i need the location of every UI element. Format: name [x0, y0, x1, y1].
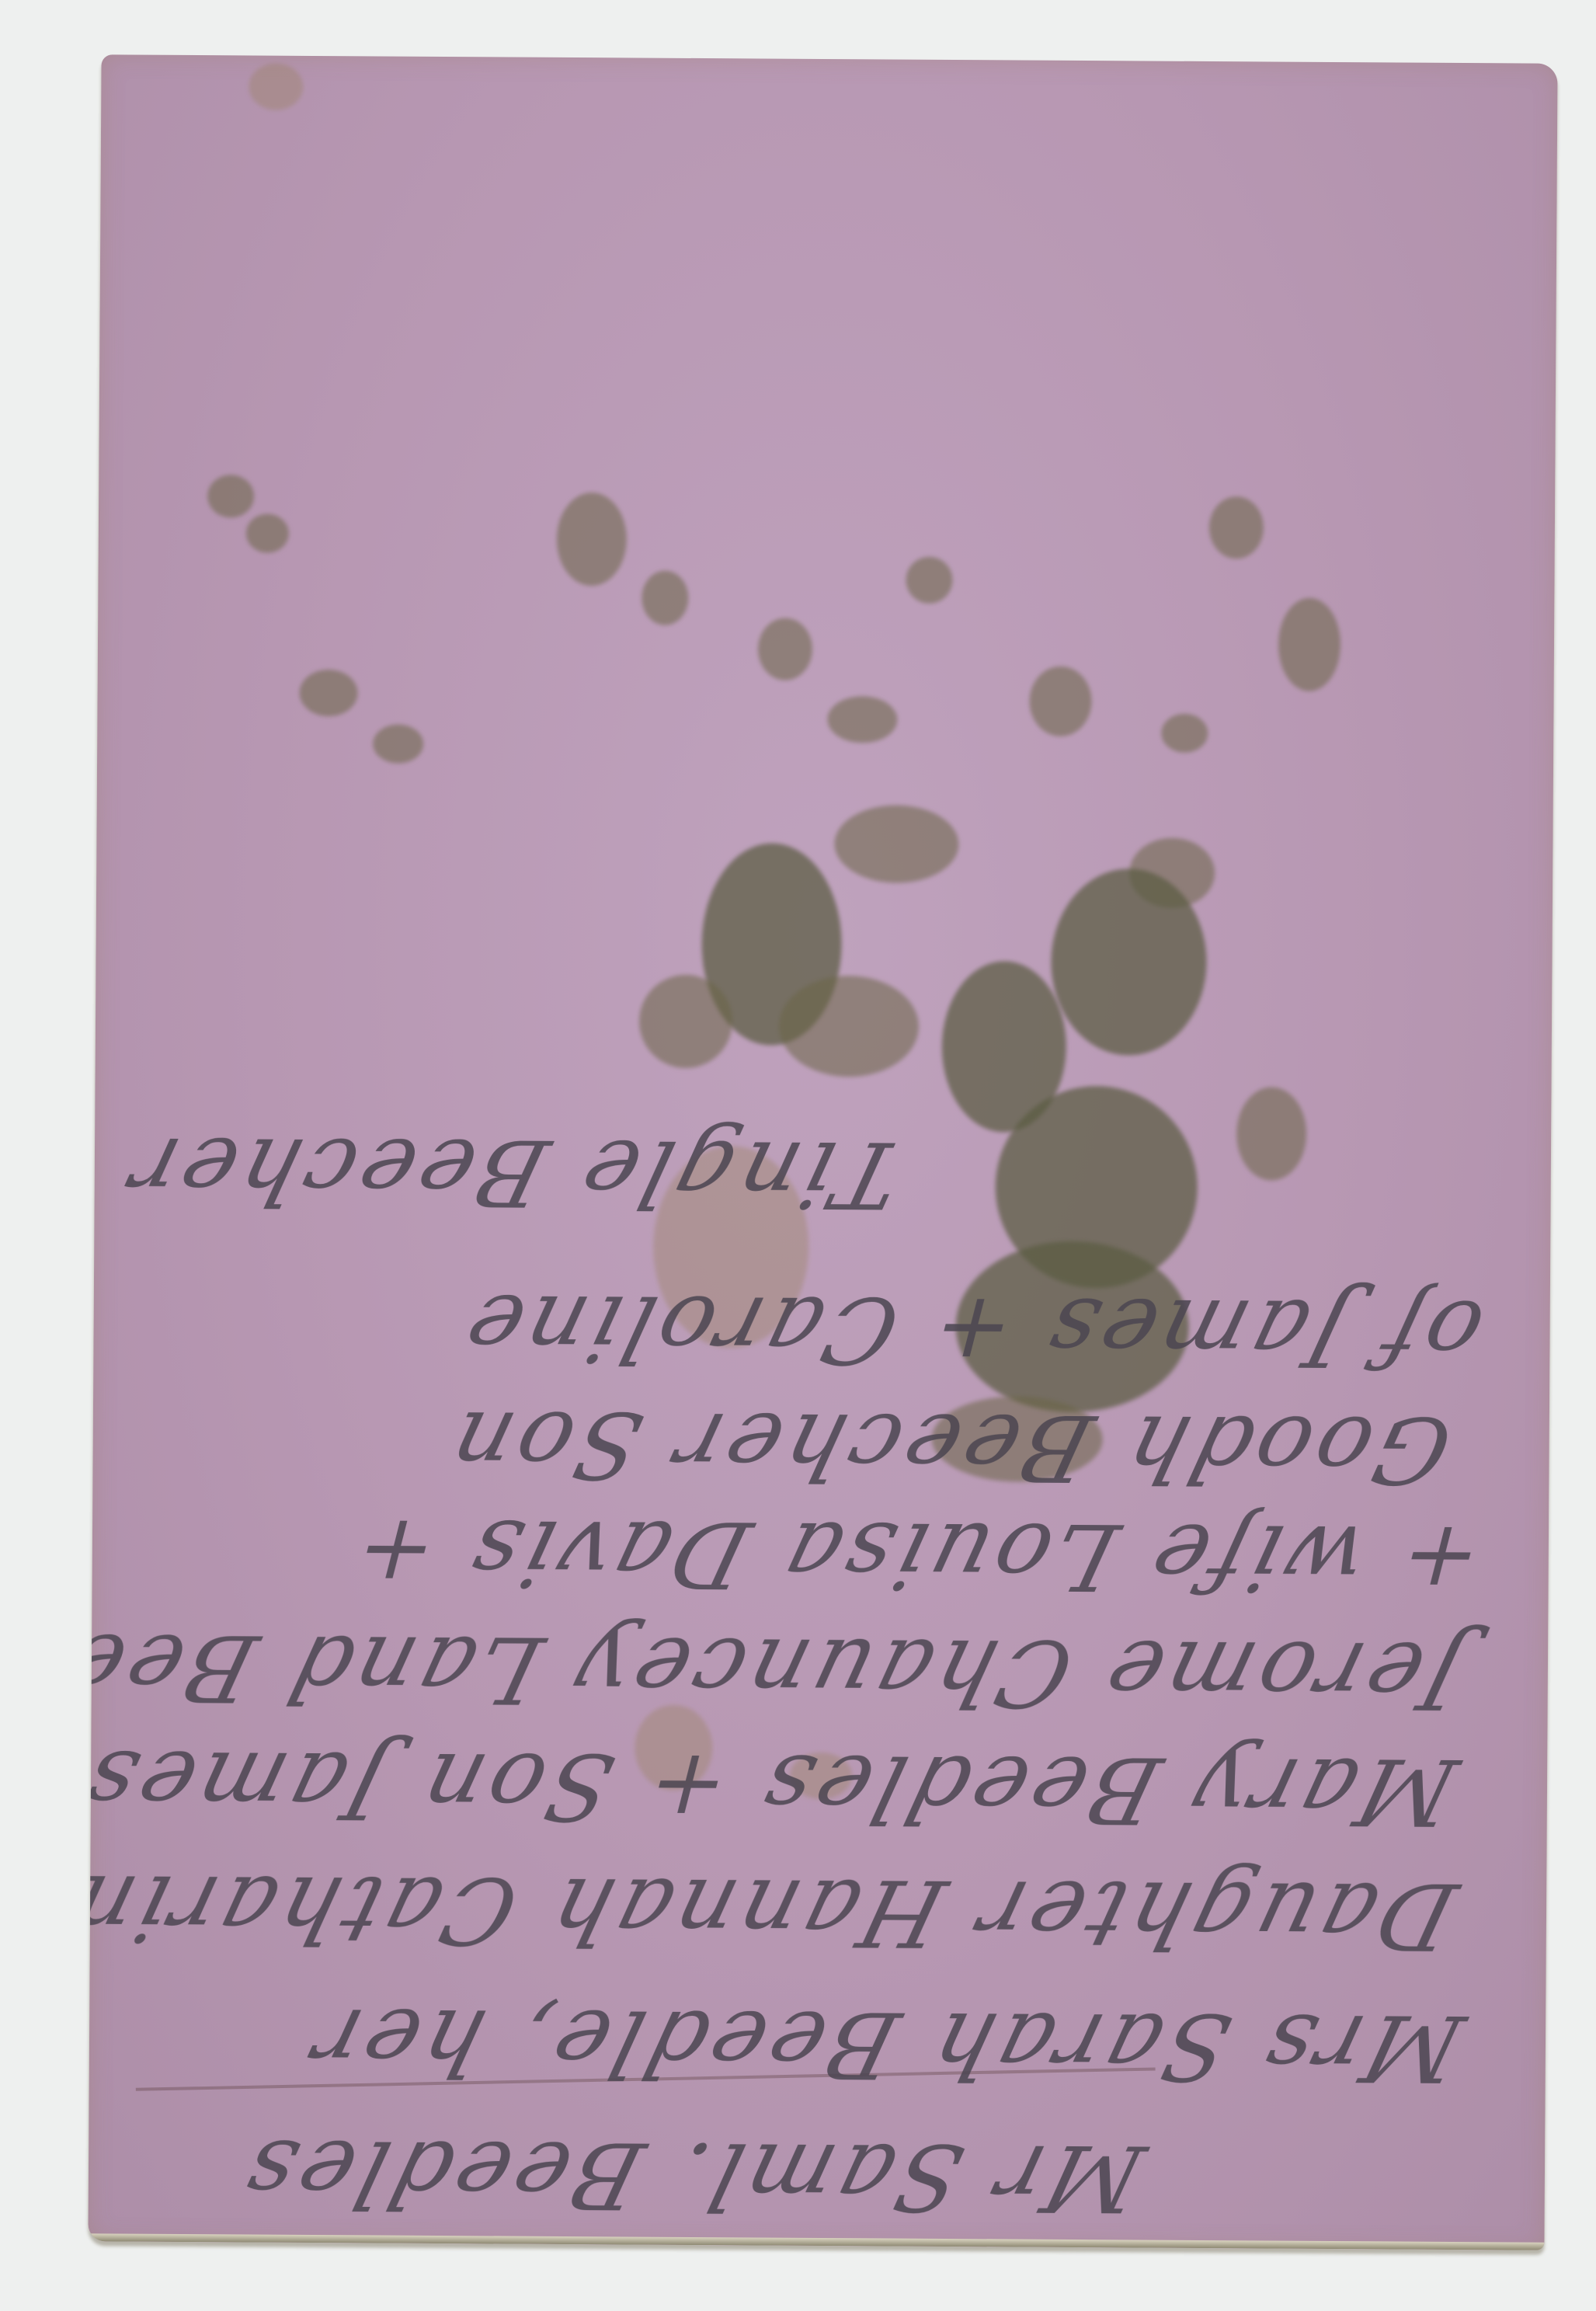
- text-line: Tingle Beecher: [114, 1117, 912, 1229]
- card: Mr Saml. Beedles Mrs Sarah Beedle, her D…: [88, 54, 1557, 2250]
- handwritten-text: Mr Saml. Beedles Mrs Sarah Beedle, her D…: [88, 54, 1557, 2250]
- text-line: of James + Caroline: [450, 1274, 1494, 1387]
- text-line: Mrs Sarah Beedle, her: [297, 1988, 1474, 2102]
- text-line: Daughter Hannah Catharine: [88, 1854, 1466, 1970]
- binding-mark: [91, 458, 98, 544]
- text-line: Goodh Beecher Son: [435, 1390, 1462, 1504]
- text-line: Mr Saml. Beedles: [229, 2120, 1155, 2233]
- text-line: + wife Louisa Davis +: [339, 1498, 1492, 1613]
- text-line: Jerome Chauncey Land Beedles: [88, 1613, 1476, 1729]
- text-line: Mary Beedles + Son James: [88, 1730, 1467, 1846]
